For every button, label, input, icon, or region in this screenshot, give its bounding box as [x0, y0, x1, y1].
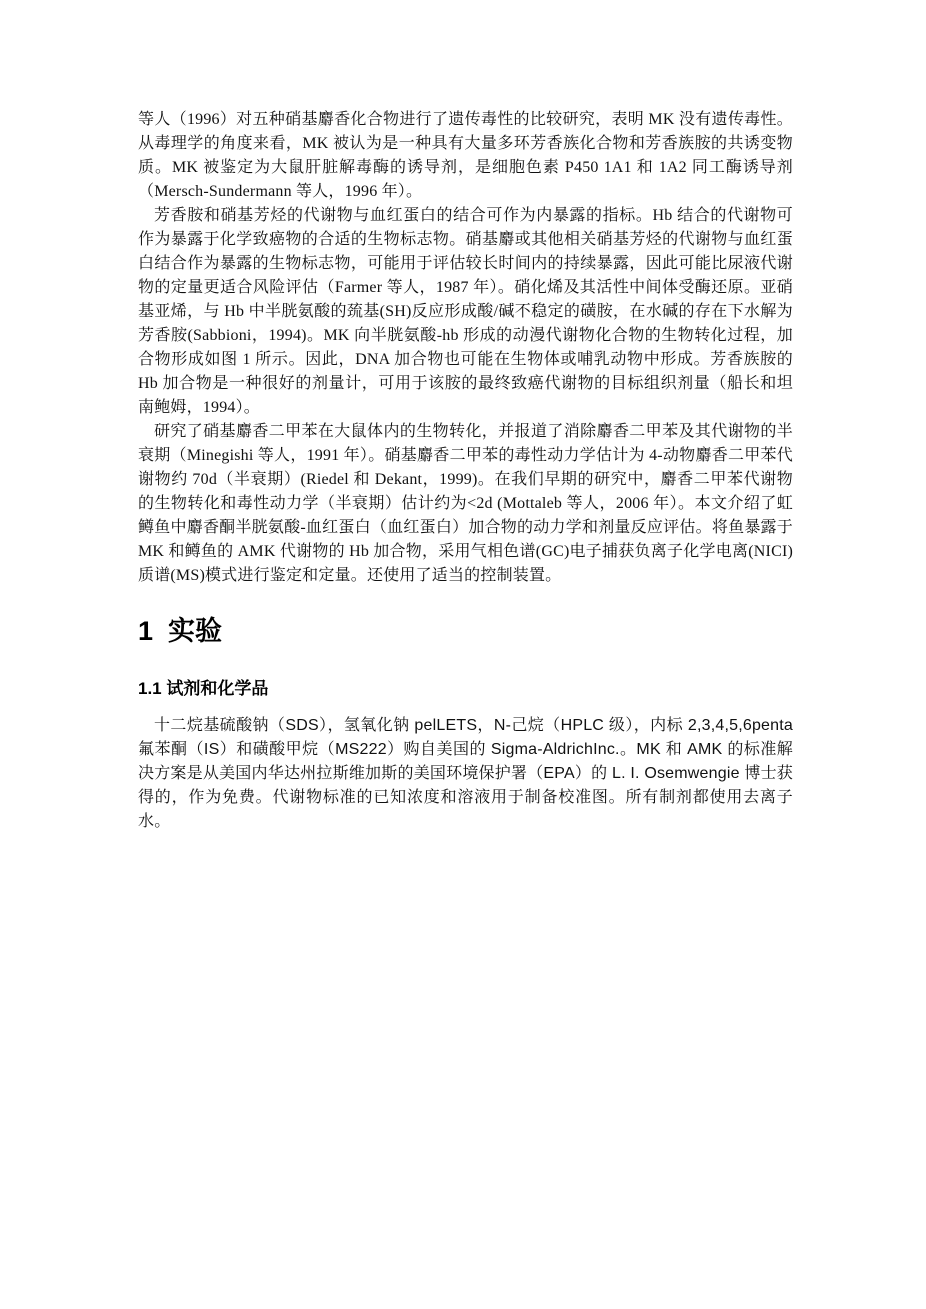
subsection-heading-reagents: 1.1 试剂和化学品 — [138, 677, 793, 701]
paragraph-reagents: 十二烷基硫酸钠（SDS），氢氧化钠 pelLETS，N-己烷（HPLC 级），内… — [138, 714, 793, 834]
paragraph-toxicokinetics: 研究了硝基麝香二甲苯在大鼠体内的生物转化，并报道了消除麝香二甲苯及其代谢物的半衰… — [138, 420, 793, 588]
paragraph-genotoxicity: 等人（1996）对五种硝基麝香化合物进行了遗传毒性的比较研究，表明 MK 没有遗… — [138, 108, 793, 204]
document-text-block: 等人（1996）对五种硝基麝香化合物进行了遗传毒性的比较研究，表明 MK 没有遗… — [138, 108, 793, 834]
paragraph-hb-adducts: 芳香胺和硝基芳烃的代谢物与血红蛋白的结合可作为内暴露的指标。Hb 结合的代谢物可… — [138, 204, 793, 420]
document-page: 等人（1996）对五种硝基麝香化合物进行了遗传毒性的比较研究，表明 MK 没有遗… — [0, 0, 926, 1309]
section-heading-experimental: 1 实验 — [138, 613, 793, 649]
